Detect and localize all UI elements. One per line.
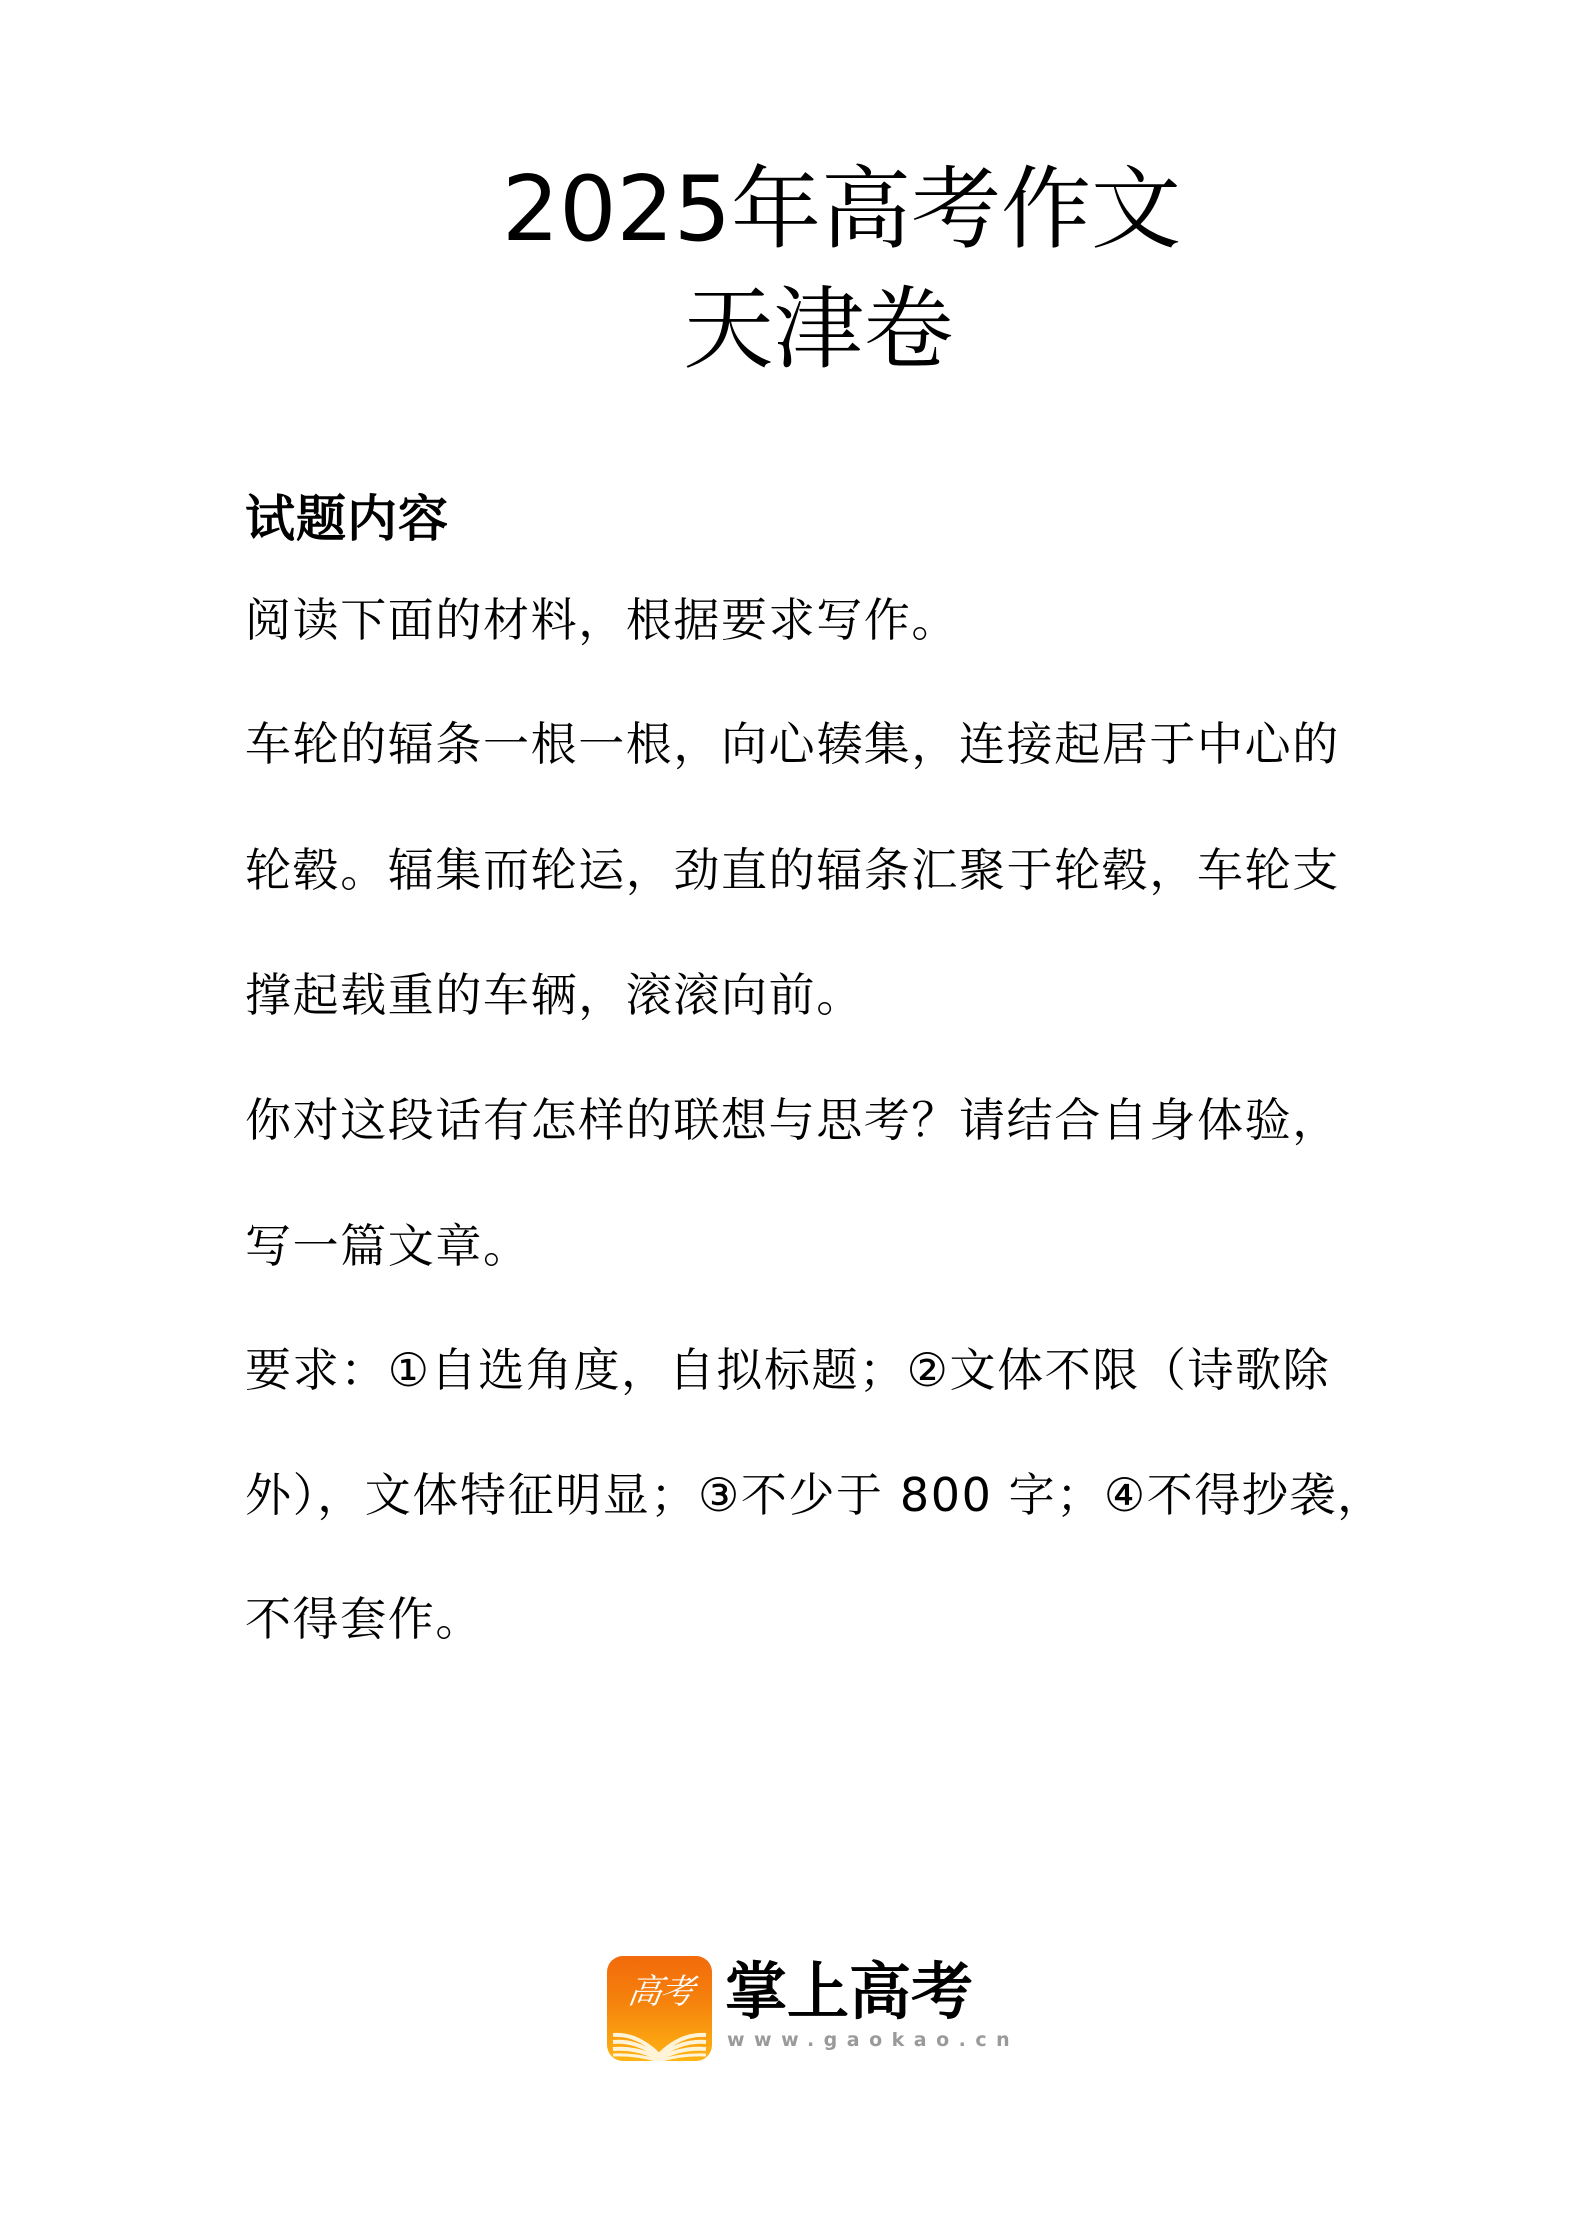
footer-logo: 高考 掌上高考 www.gaokao.cn [607,1956,1019,2061]
material-line-1: 车轮的辐条一根一根，向心辏集，连接起居于中心的 [245,714,1340,774]
title-line-region: 天津卷 [25,270,1587,390]
requirement-line-2: 外），文体特征明显；③不少于 800 字；④不得抄袭， [245,1465,1385,1525]
logo-text-block: 掌上高考 www.gaokao.cn [725,1956,1019,2052]
requirement-line-1: 要求：①自选角度，自拟标题；②文体不限（诗歌除 [245,1340,1330,1400]
instruction-line: 阅读下面的材料，根据要求写作。 [245,590,959,650]
gaokao-book-logo-icon: 高考 [607,1956,712,2061]
document-title: 2025年高考作文 天津卷 [0,150,1587,390]
logo-icon-text: 高考 [612,1970,708,2014]
title-line-year-topic: 2025年高考作文 [48,150,1587,270]
brand-name: 掌上高考 [725,1956,1019,2028]
material-line-3: 撑起载重的车辆，滚滚向前。 [245,965,864,1025]
requirement-line-3: 不得套作。 [245,1589,483,1649]
section-heading: 试题内容 [245,484,449,554]
prompt-line-1: 你对这段话有怎样的联想与思考？请结合自身体验， [245,1090,1340,1150]
brand-url: www.gaokao.cn [727,2028,1019,2052]
open-book-icon [607,2021,712,2061]
prompt-line-2: 写一篇文章。 [245,1216,531,1276]
material-line-2: 轮毂。辐集而轮运，劲直的辐条汇聚于轮毂，车轮支 [245,840,1340,900]
